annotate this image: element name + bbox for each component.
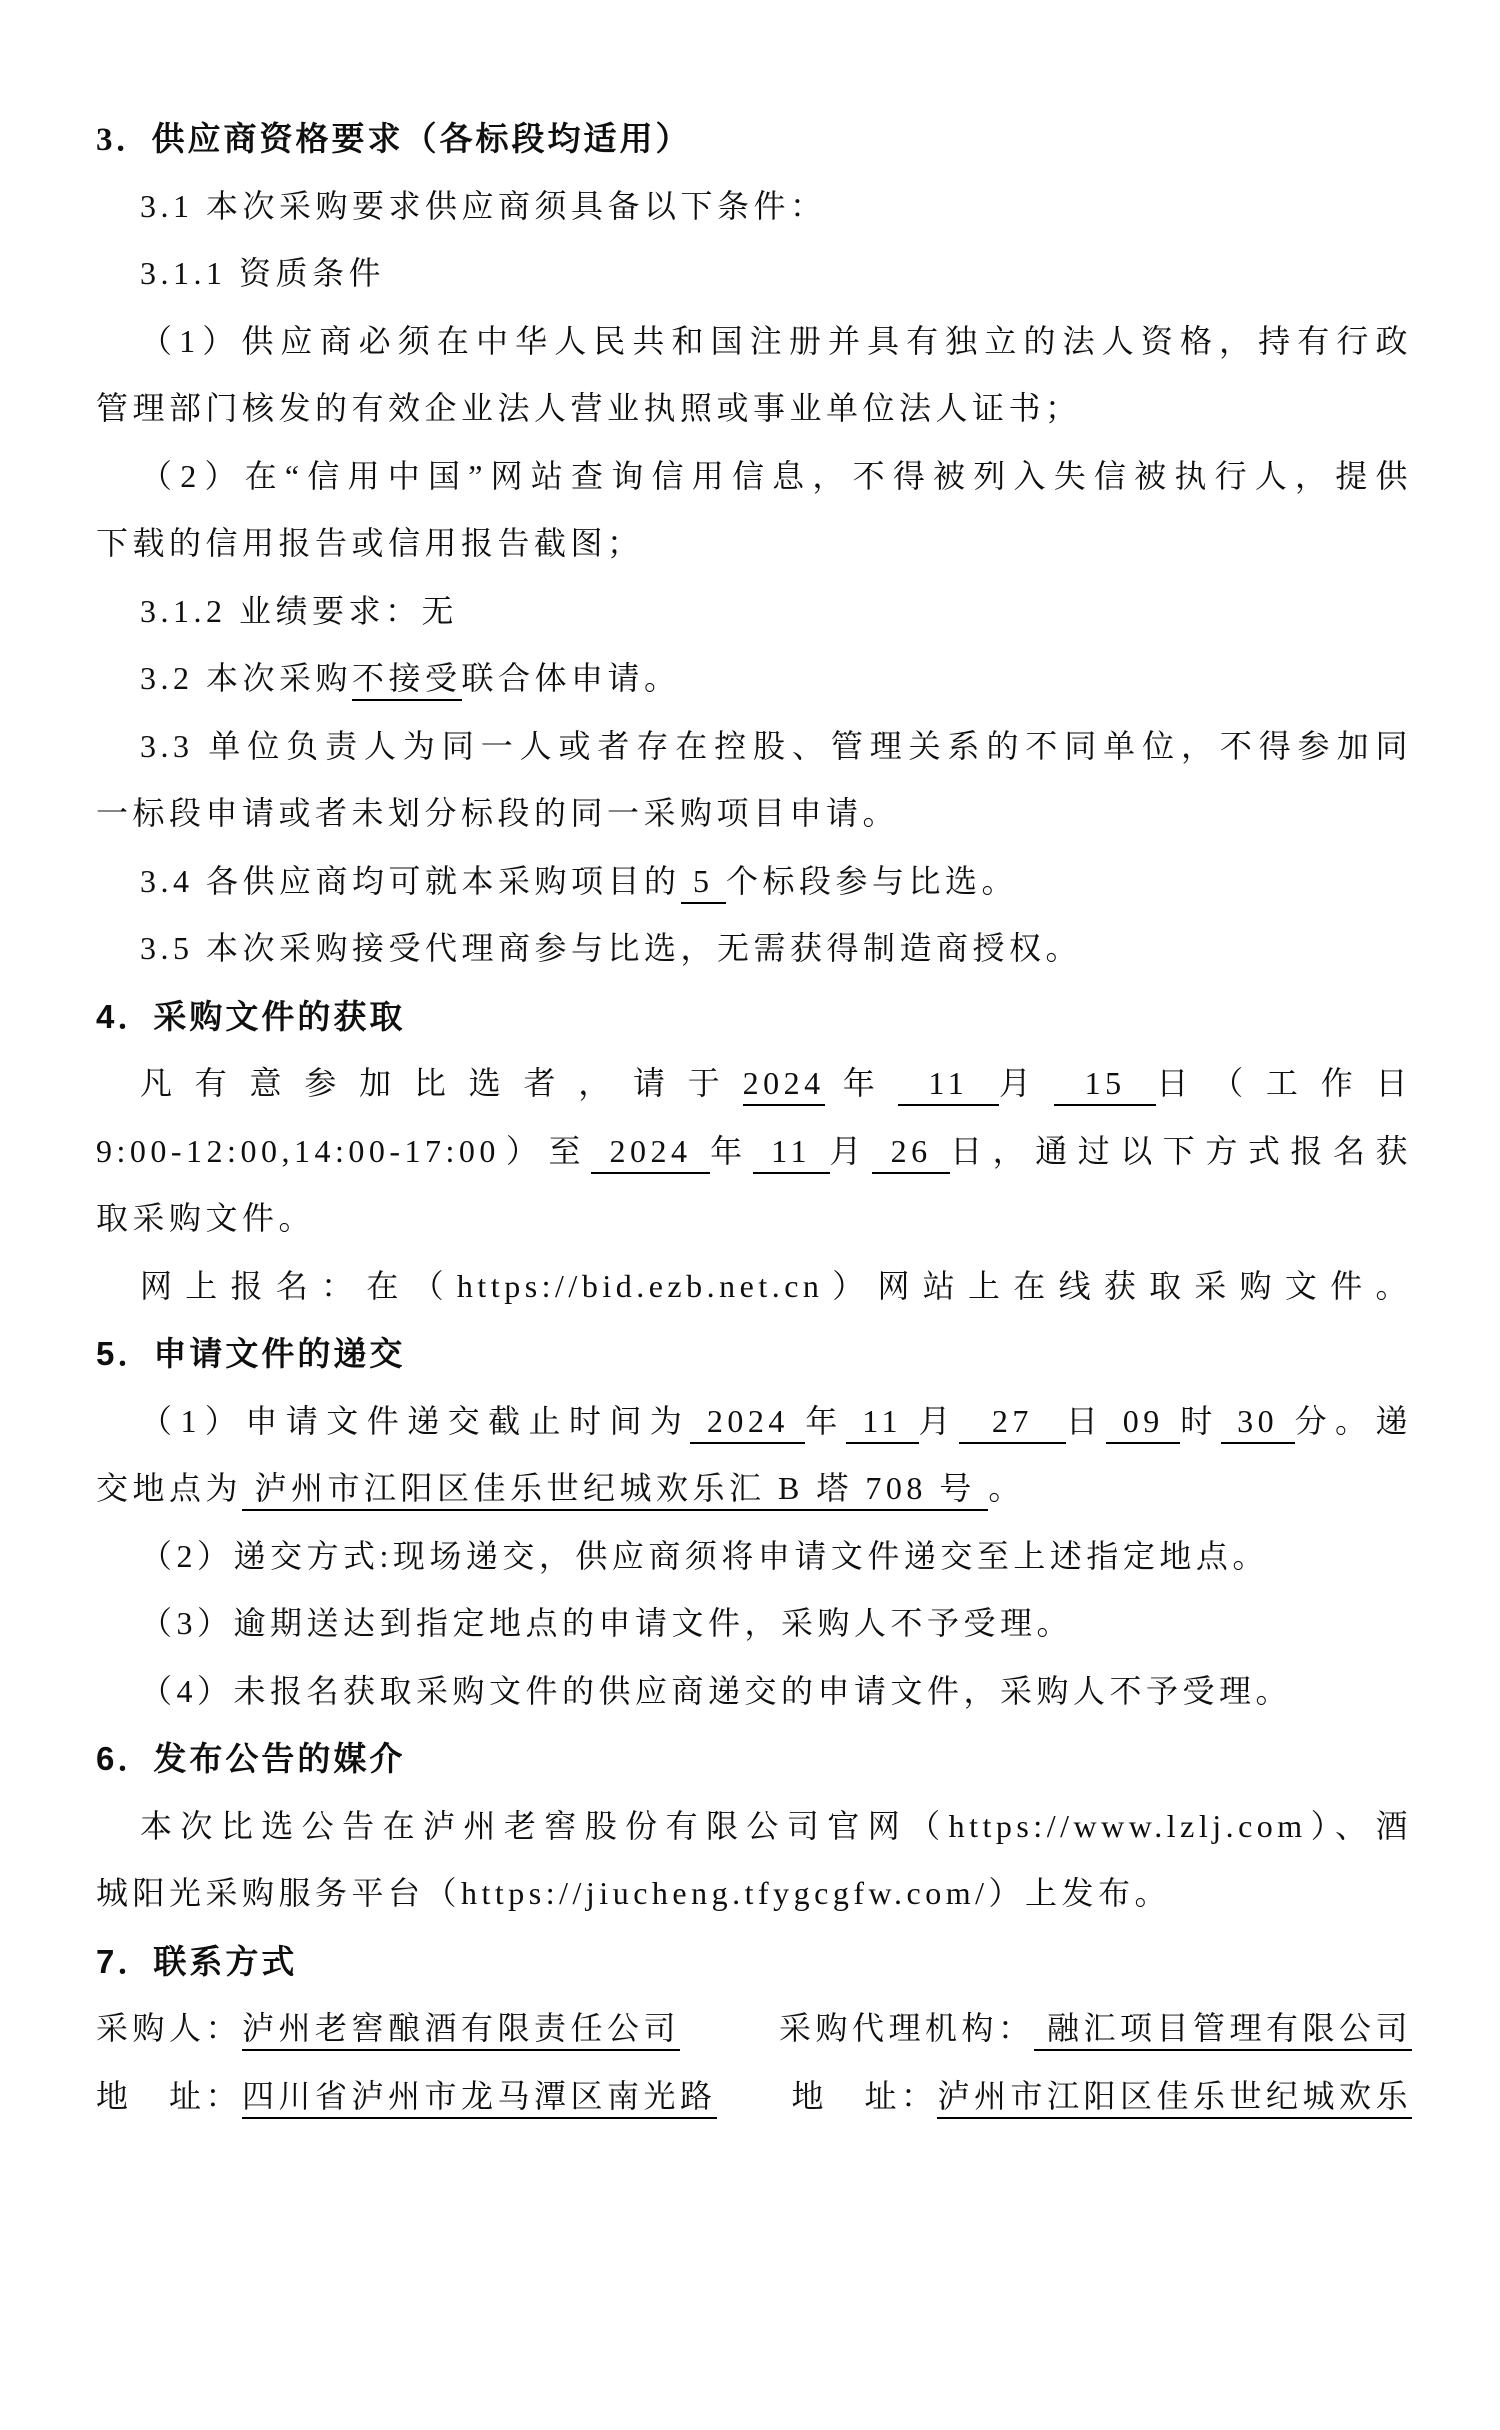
text-line: 凡有意参加比选者，请于2024年 11 月 15 日（工作日	[96, 1050, 1412, 1118]
underlined-text: 09	[1106, 1403, 1180, 1444]
text-run: （2）递交方式:现场递交，供应商须将申请文件递交至上述指定地点。	[140, 1538, 1269, 1574]
text-run: 年	[805, 1403, 845, 1439]
text-run: 3.1.2 业绩要求：无	[140, 593, 458, 629]
text-line: 下载的信用报告或信用报告截图；	[96, 510, 1412, 578]
underlined-text: 30	[1221, 1403, 1295, 1444]
text-run: 3.1.1 资质条件	[140, 255, 385, 291]
text-run: （2）在“信用中国”网站查询信用信息，不得被列入失信被执行人，提供	[140, 458, 1412, 494]
contact-left: 地 址：四川省泸州市龙马潭区南光路	[96, 2063, 717, 2131]
text-line: 3.2 本次采购不接受联合体申请。	[96, 645, 1412, 713]
text-run: 3.3 单位负责人为同一人或者存在控股、管理关系的不同单位，不得参加同	[140, 728, 1412, 764]
text-run: 个标段参与比选。	[726, 863, 1018, 899]
underlined-text: 泸州市江阳区佳乐世纪城欢乐	[937, 2078, 1412, 2119]
text-run: 4．采购文件的获取	[96, 998, 405, 1035]
text-run: 年	[710, 1133, 753, 1169]
underlined-text: 5	[681, 863, 727, 904]
text-run: 年	[825, 1065, 898, 1101]
text-run: 3.4 各供应商均可就本采购项目的	[140, 863, 681, 899]
text-line: 3.1.1 资质条件	[96, 240, 1412, 308]
document-page: 3．供应商资格要求（各标段均适用）3.1 本次采购要求供应商须具备以下条件：3.…	[0, 0, 1500, 2430]
text-run: 7．联系方式	[96, 1943, 297, 1980]
section-heading: 3．供应商资格要求（各标段均适用）	[96, 105, 1412, 173]
text-run: 日	[1066, 1403, 1106, 1439]
text-run: （各标段均适用）	[404, 120, 692, 157]
text-line: 3.1.2 业绩要求：无	[96, 578, 1412, 646]
text-run: 地 址：	[96, 2078, 242, 2114]
text-line: 3.5 本次采购接受代理商参与比选，无需获得制造商授权。	[96, 915, 1412, 983]
underlined-text: 11	[898, 1065, 999, 1106]
text-run: 月	[830, 1133, 873, 1169]
text-line: 9:00-12:00,14:00-17:00）至 2024 年 11 月 26 …	[96, 1118, 1412, 1186]
text-line: 交地点为 泸州市江阳区佳乐世纪城欢乐汇 B 塔 708 号 。	[96, 1455, 1412, 1523]
text-run: 地 址：	[791, 2078, 937, 2114]
text-run: 一标段申请或者未划分标段的同一采购项目申请。	[96, 795, 899, 831]
underlined-text: 四川省泸州市龙马潭区南光路	[242, 2078, 717, 2119]
underlined-text: 不接受	[352, 660, 462, 701]
text-run: 交地点为	[96, 1470, 242, 1506]
text-run: （1）申请文件递交截止时间为	[140, 1403, 690, 1439]
underlined-text: 15	[1054, 1065, 1157, 1106]
text-run: 3.5 本次采购接受代理商参与比选，无需获得制造商授权。	[140, 930, 1082, 966]
text-run: 下载的信用报告或信用报告截图；	[96, 525, 644, 561]
text-line: （2）递交方式:现场递交，供应商须将申请文件递交至上述指定地点。	[96, 1523, 1412, 1591]
underlined-text: 27	[959, 1403, 1066, 1444]
text-run: 。	[988, 1470, 1025, 1506]
text-line: （1）申请文件递交截止时间为 2024 年 11 月 27 日 09 时 30 …	[96, 1388, 1412, 1456]
text-line: （1）供应商必须在中华人民共和国注册并具有独立的法人资格，持有行政	[96, 308, 1412, 376]
text-run: 时	[1180, 1403, 1220, 1439]
text-line: 城阳光采购服务平台（https://jiucheng.tfygcgfw.com/…	[96, 1860, 1412, 1928]
underlined-text: 融汇项目管理有限公司	[1034, 2010, 1412, 2051]
text-run: 5．申请文件的递交	[96, 1335, 405, 1372]
text-run: 3．供应商资格要求	[96, 122, 404, 158]
text-run: 6．发布公告的媒介	[96, 1740, 405, 1777]
text-line: 取采购文件。	[96, 1185, 1412, 1253]
underlined-text: 2024	[690, 1403, 805, 1444]
underlined-text: 2024	[591, 1133, 710, 1174]
text-run: 采购代理机构：	[779, 2010, 1035, 2046]
underlined-text: 泸州市江阳区佳乐世纪城欢乐汇 B 塔 708 号	[242, 1470, 988, 1511]
text-run: 3.1 本次采购要求供应商须具备以下条件：	[140, 188, 827, 224]
underlined-text: 11	[753, 1133, 830, 1174]
text-run: 日（工作日	[1156, 1065, 1412, 1101]
text-run: 取采购文件。	[96, 1200, 315, 1236]
text-run: 采购人：	[96, 2010, 242, 2046]
text-run: 管理部门核发的有效企业法人营业执照或事业单位法人证书；	[96, 390, 1082, 426]
text-line: 3.4 各供应商均可就本采购项目的 5 个标段参与比选。	[96, 848, 1412, 916]
text-line: 网上报名：在（https://bid.ezb.net.cn）网站上在线获取采购文…	[96, 1253, 1412, 1321]
contact-line: 地 址：四川省泸州市龙马潭区南光路地 址：泸州市江阳区佳乐世纪城欢乐	[96, 2063, 1412, 2131]
text-line: （2）在“信用中国”网站查询信用信息，不得被列入失信被执行人，提供	[96, 443, 1412, 511]
text-run: 月	[919, 1403, 959, 1439]
text-run: （4）未报名获取采购文件的供应商递交的申请文件，采购人不予受理。	[140, 1673, 1292, 1709]
section-heading: 6．发布公告的媒介	[96, 1725, 1412, 1793]
underlined-text: 11	[846, 1403, 919, 1444]
text-run: 日，通过以下方式报名获	[950, 1133, 1412, 1169]
section-heading: 5．申请文件的递交	[96, 1320, 1412, 1388]
contact-right: 地 址：泸州市江阳区佳乐世纪城欢乐	[791, 2063, 1412, 2131]
text-line: 管理部门核发的有效企业法人营业执照或事业单位法人证书；	[96, 375, 1412, 443]
text-line: 3.3 单位负责人为同一人或者存在控股、管理关系的不同单位，不得参加同	[96, 713, 1412, 781]
text-run: 月	[999, 1065, 1054, 1101]
text-run: 联合体申请。	[462, 660, 681, 696]
text-run: 凡有意参加比选者，请于	[140, 1065, 743, 1101]
text-line: （3）逾期送达到指定地点的申请文件，采购人不予受理。	[96, 1590, 1412, 1658]
contact-right: 采购代理机构： 融汇项目管理有限公司	[779, 1995, 1412, 2063]
text-run: 9:00-12:00,14:00-17:00）至	[96, 1133, 591, 1169]
contact-line: 采购人：泸州老窖酿酒有限责任公司采购代理机构： 融汇项目管理有限公司	[96, 1995, 1412, 2063]
underlined-text: 26	[872, 1133, 950, 1174]
section-heading: 7．联系方式	[96, 1928, 1412, 1996]
underlined-text: 2024	[743, 1065, 825, 1106]
text-run: 城阳光采购服务平台（https://jiucheng.tfygcgfw.com/…	[96, 1875, 1171, 1911]
text-line: 一标段申请或者未划分标段的同一采购项目申请。	[96, 780, 1412, 848]
text-run: 网上报名：在（https://bid.ezb.net.cn）网站上在线获取采购文…	[140, 1268, 1412, 1304]
text-run: （3）逾期送达到指定地点的申请文件，采购人不予受理。	[140, 1605, 1073, 1641]
underlined-text: 泸州老窖酿酒有限责任公司	[242, 2010, 680, 2051]
text-run: 分。递	[1295, 1403, 1412, 1439]
text-line: 本次比选公告在泸州老窖股份有限公司官网（https://www.lzlj.com…	[96, 1793, 1412, 1861]
text-run: （1）供应商必须在中华人民共和国注册并具有独立的法人资格，持有行政	[140, 323, 1412, 359]
contact-left: 采购人：泸州老窖酿酒有限责任公司	[96, 1995, 680, 2063]
text-line: 3.1 本次采购要求供应商须具备以下条件：	[96, 173, 1412, 241]
text-run: 本次比选公告在泸州老窖股份有限公司官网（https://www.lzlj.com…	[140, 1808, 1412, 1844]
text-line: （4）未报名获取采购文件的供应商递交的申请文件，采购人不予受理。	[96, 1658, 1412, 1726]
section-heading: 4．采购文件的获取	[96, 983, 1412, 1051]
text-run: 3.2 本次采购	[140, 660, 352, 696]
